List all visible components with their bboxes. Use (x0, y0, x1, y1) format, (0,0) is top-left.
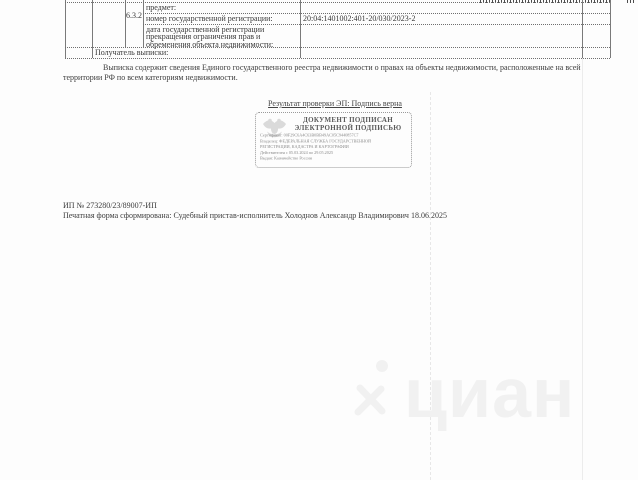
extract-note-line2: территории РФ по всем категориям недвижи… (63, 73, 610, 83)
stamp-title: ДОКУМЕНТ ПОДПИСАН ЭЛЕКТРОННОЙ ПОДПИСЬЮ (288, 117, 408, 132)
row-label-registration-number: номер государственной регистрации: (146, 15, 273, 23)
table-border (65, 0, 66, 58)
extract-note-line1: Выписка содержит сведения Единого госуда… (63, 63, 610, 73)
stamp-title-line2: ЭЛЕКТРОННОЙ ПОДПИСЬЮ (288, 125, 408, 133)
electronic-signature-stamp: ДОКУМЕНТ ПОДПИСАН ЭЛЕКТРОННОЙ ПОДПИСЬЮ С… (255, 112, 412, 168)
table-border (92, 0, 93, 58)
extract-note: Выписка содержит сведения Единого госуда… (63, 63, 610, 82)
table-border (65, 58, 610, 59)
table-border (125, 0, 126, 47)
table-border (582, 0, 583, 58)
cut-text-strip-edge (627, 0, 634, 3)
signature-check-result: Результат проверки ЭП: Подпись верна (255, 99, 415, 108)
table-border (300, 0, 301, 58)
registration-table: 6.3.2 предмет: номер государственной рег… (65, 0, 610, 58)
table-border (610, 0, 611, 58)
cian-watermark-text: циан (404, 358, 575, 428)
row-label-termination-date: дата государственной регистрации прекращ… (146, 26, 298, 49)
document-page: 6.3.2 предмет: номер государственной рег… (0, 0, 638, 480)
scan-artifact-line (582, 58, 583, 480)
row-label-subject: предмет: (146, 4, 176, 12)
stamp-issuer: Выдан: Казначейство России (260, 156, 413, 162)
stamp-details: Сертификат: 00F29C6A4C63B0BB49AC05C94408… (260, 133, 413, 162)
cian-logo-icon (348, 355, 398, 430)
enforcement-case-number: ИП № 273280/23/89007-ИП (63, 201, 157, 210)
section-number: 6.3.2 (125, 12, 143, 20)
row-value-registration-number: 20:04:1401002:401-20/030/2023-2 (303, 15, 415, 23)
printed-form-info: Печатная форма сформирована: Судебный пр… (63, 211, 447, 220)
recipient-label: Получатель выписки: (95, 49, 168, 57)
